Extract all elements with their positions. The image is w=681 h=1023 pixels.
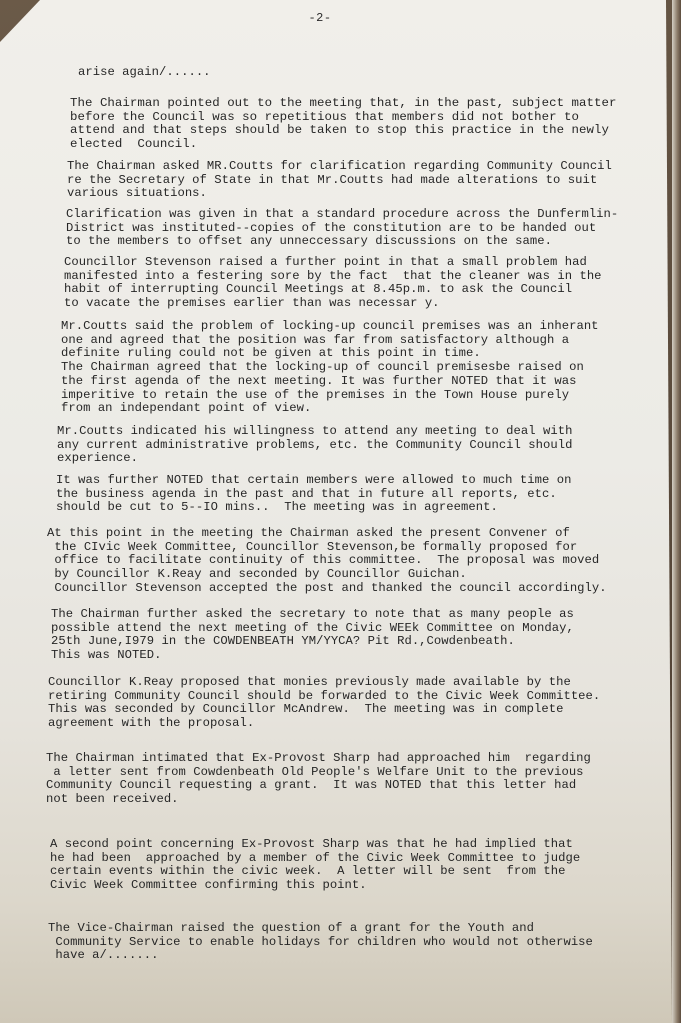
- paragraph-youth-grant: The Vice-Chairman raised the question of…: [48, 922, 593, 963]
- paragraph-convener-proposal: At this point in the meeting the Chairma…: [47, 527, 607, 596]
- paragraph-judging-events: A second point concerning Ex-Provost Sha…: [50, 838, 580, 893]
- page-edge: [672, 0, 681, 1023]
- paragraph-clarification-request: The Chairman asked MR.Coutts for clarifi…: [67, 160, 612, 201]
- paragraph-locking-up: Mr.Coutts said the problem of locking-up…: [61, 320, 599, 416]
- paragraph-clarification-given: Clarification was given in that a standa…: [66, 208, 618, 249]
- paragraph-continuation: arise again/......: [78, 66, 211, 80]
- paragraph-welfare-letter: The Chairman intimated that Ex-Provost S…: [46, 752, 591, 807]
- paragraph-civic-week-meeting: The Chairman further asked the secretary…: [51, 608, 574, 663]
- page-number: -2-: [0, 11, 640, 25]
- paragraph-monies-proposal: Councillor K.Reay proposed that monies p…: [48, 676, 600, 731]
- paragraph-report-time-limit: It was further NOTED that certain member…: [56, 474, 571, 515]
- paragraph-cleaner-issue: Councillor Stevenson raised a further po…: [64, 256, 602, 311]
- paragraph-administrative-problems: Mr.Coutts indicated his willingness to a…: [57, 425, 572, 466]
- paragraph-repetitious-matters: The Chairman pointed out to the meeting …: [70, 97, 616, 152]
